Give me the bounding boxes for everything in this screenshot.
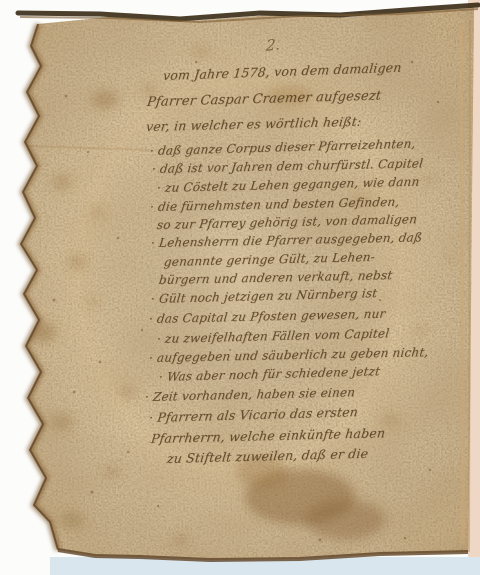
scanned-manuscript-page: 2. vom Jahre 1578, von dem damaligenPfar… <box>0 0 480 575</box>
vignette-shading <box>0 0 480 575</box>
paper-scan-art <box>0 0 480 575</box>
